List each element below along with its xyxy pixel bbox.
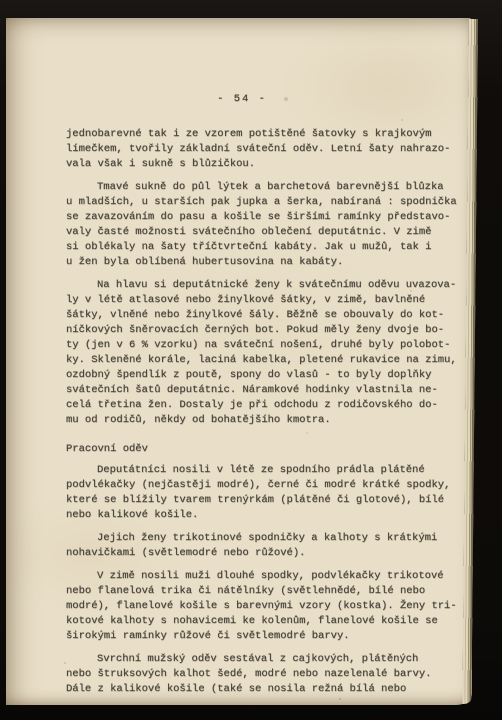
typewritten-paragraph: Tmavé sukně do půl lýtek a barchetová ba… <box>66 180 466 270</box>
typewritten-paragraph: jednobarevné tak i ze vzorem potištěné š… <box>66 127 466 172</box>
typewritten-paragraph: Svrchní mužský oděv sestával z cajkových… <box>66 652 466 697</box>
typewritten-paragraph: Deputátníci nosili v létě ze spodního pr… <box>66 463 466 523</box>
typewritten-paragraph: V zimě nosili muži dlouhé spodky, podvlé… <box>66 569 466 644</box>
page-number: - 54 - <box>66 92 418 107</box>
section-heading: Pracovní oděv <box>66 442 466 457</box>
typewritten-paragraph: Jejich ženy trikotinové spodničky a kalh… <box>66 531 466 561</box>
book-page: - 54 - jednobarevné tak i ze vzorem poti… <box>6 18 472 705</box>
typewritten-paragraph: Na hlavu si deputátnické ženy k sváteční… <box>66 278 466 428</box>
page-content: - 54 - jednobarevné tak i ze vzorem poti… <box>66 18 466 705</box>
text-blocks: jednobarevné tak i ze vzorem potištěné š… <box>66 127 466 697</box>
scan-background: - 54 - jednobarevné tak i ze vzorem poti… <box>0 0 502 720</box>
